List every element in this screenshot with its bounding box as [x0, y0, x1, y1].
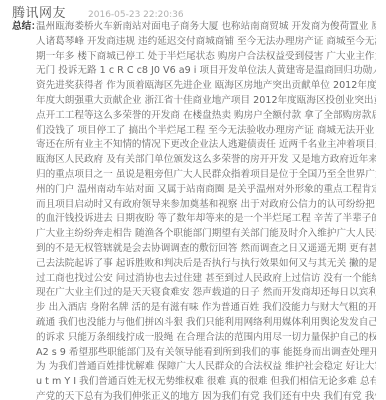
comment-line: 归的重点项目之一 虽说是粗旁但广大人民群众指着项目是位于全国乃至全世界广大客商进… — [36, 168, 376, 183]
comment-line: 到的不是无权管辖就是会去协调调查的敷衍回答 然而调查之日又遥遥无期 更有甚者直接… — [36, 242, 376, 257]
comment-line: 资先进奖获得者 作为顶着瓯海区先进企业 瓯海区房地产突出贡献单位 2012年度纳… — [36, 79, 376, 94]
comment-line: 温州瓯海娄桥火车新南站对面电子商务大厦 也称站南商贸城 开发商为俊荷置业 原法人… — [36, 20, 376, 35]
comment-line: 己去法院起诉了事 起诉胜败和判决后是否执行与执行效果如何又与其无关 撇的是一干二… — [36, 257, 376, 272]
comment-line: 期一年多 楼下商城已停工 处于半烂尾状态 购房户合法权益受到侵害 广大业主作为弱… — [36, 50, 376, 65]
comment-line: 广大业主纷纷奔走相告 随渔各个职能部门期望有关部门能及时介入维护广大人民群众的合… — [36, 227, 376, 242]
comment-line: 瓯海区人民政府 及有关部门单位颁发这么多荣誉的房开开发 又是地方政府近年来极力宣… — [36, 153, 376, 168]
comment-line: 疏通 我们也没能力与他们拼凶斗狠 我们只能利用网络利用媒体利用舆论发发自己的怨气… — [36, 316, 376, 331]
comment-timestamp: 2016-05-23 22:20:36 — [88, 10, 184, 20]
comment-label: 总结： — [12, 20, 41, 35]
comment-line: 年度大朗强重大贡献企业 浙江省十佳商业地产项目 2012年度瓯海区投创业突出贡献… — [36, 94, 376, 109]
comment-line: 产党的天下总有为我们伸张正义的地方 因为我们有党 我们还有中央 我们有党 我们还… — [36, 390, 376, 400]
comment-line: 们没钱了 项目停工了 搞出个半烂尾工程 至今无法验收办理房产证 商城无法开业 原… — [36, 124, 376, 139]
comment-line: 的血汗钱投诉进去 日期夜盼 等了数年却等来的是一个半烂尾工程 辛苦了半辈子的血汗… — [36, 212, 376, 227]
comment-line: u t m Y I 我们普通百姓无权无势维权难 很难 真的很难 但我们相信无论多… — [36, 375, 376, 390]
comment-line: 点开工工程等这么多荣誉的开发商 在楼盘热卖 购房户全额付款 拿了全部购房款后 居… — [36, 109, 376, 124]
comment-line: 州的门户 温州南动车站对面 又属于站南商圈 是关乎温州对外形象的重点工程肯定不会… — [36, 183, 376, 198]
comment-line: 人诸葛琴峰 开发商违规 违约延迟交付商城商铺 至今无法办理房产证 商城至今无法正… — [36, 35, 376, 50]
comment-line: 过工商也找过公安 问过消协也去过住建 甚至到过人民政府上过信访 没有一个能给百姓… — [36, 272, 376, 287]
comment-line: 寄还在所有业主不知情的情况下更改企业法人逃避债责任 近两千名业主冲着项目是由温州… — [36, 138, 376, 153]
comment-line: 现在广大业主们过的是天天寝食难安 怨声载道的日子 然而开发商却还每日以宾利 保时… — [36, 286, 376, 301]
comment-line: 步 出入酒店 身附名牌 活的是有滋有味 作为普通百姓 我们没能力与财大气粗的开发… — [36, 301, 376, 316]
comment-text: 温州瓯海娄桥火车新南站对面电子商务大厦 也称站南商贸城 开发商为俊荷置业 原法人… — [36, 20, 376, 400]
comment-line: A2 s 9 希望那些职能部门及有关领导能看到所到我们的事 能挺身而出调查处理开… — [36, 346, 376, 361]
comment-line: 而且项目启动时又有政府领导来参加奠基和视察 出于对政府公信力的认可纷纷把自己多年… — [36, 198, 376, 213]
comment-header: 腾讯网友 2016-05-23 22:20:36 — [12, 2, 184, 20]
comment-line: 为 为我们普通百姓排忧解难 保障广大人民群众的合法权益 维护社会稳定 好让大家安… — [36, 360, 376, 375]
author-name[interactable]: 腾讯网友 — [12, 2, 66, 21]
comment-line: 的诉求 只能万条细线拧成一股绳 在合理合法的范围内用尽一切力量保护自己的权益 9… — [36, 331, 376, 346]
comment-line: 无门 投诉无路 1 c R C c8 J0 V6 a9 i 项目开发单位法人黄建… — [36, 64, 376, 79]
comment-body: 总结： 温州瓯海娄桥火车新南站对面电子商务大厦 也称站南商贸城 开发商为俊荷置业… — [12, 20, 376, 400]
